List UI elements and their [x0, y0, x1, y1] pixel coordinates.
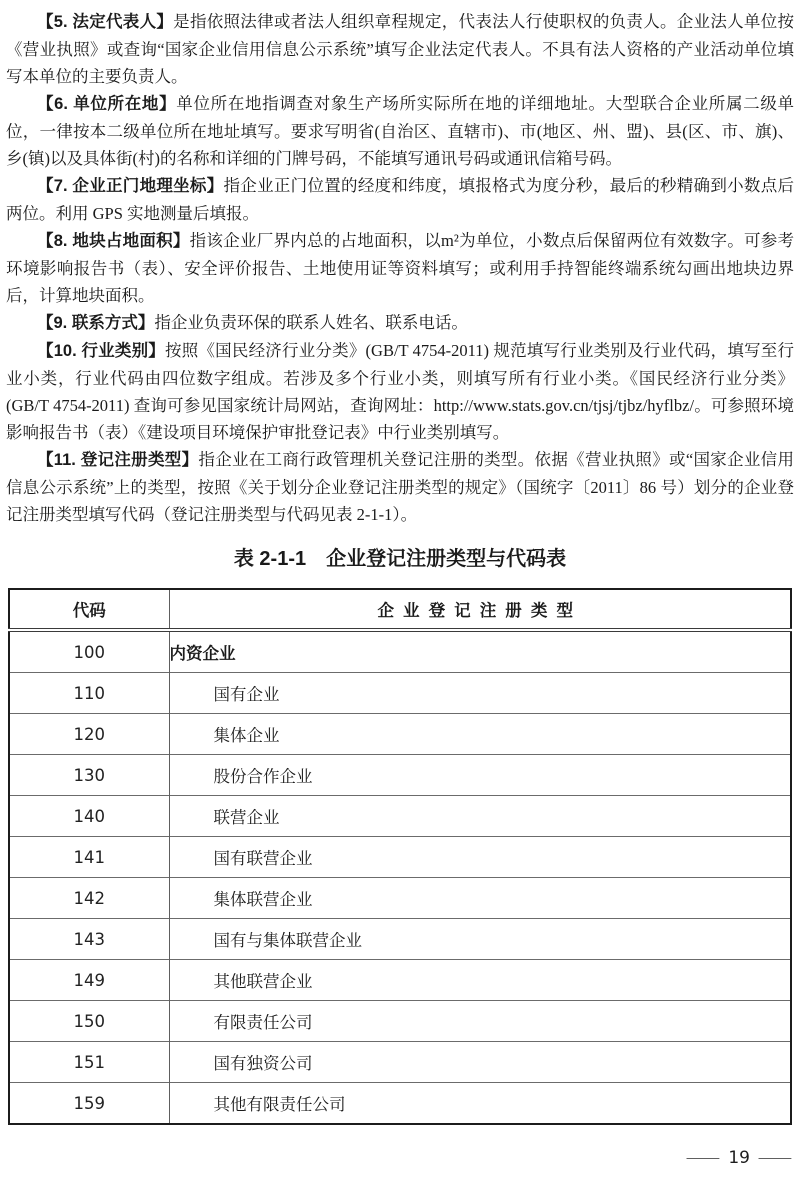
table-row-143: 143 国有与集体联营企业 — [9, 919, 791, 960]
code-cell: 149 — [9, 960, 169, 1001]
table-row-130: 130 股份合作企业 — [9, 755, 791, 796]
paragraph-10: 【10. 行业类别】按照《国民经济行业分类》(GB/T 4754-2011) 规… — [6, 337, 794, 446]
type-cell: 其他联营企业 — [169, 960, 791, 1001]
term-label-8: 【8. 地块占地面积】 — [37, 232, 190, 250]
type-cell: 集体联营企业 — [169, 878, 791, 919]
table-row-120: 120 集体企业 — [9, 714, 791, 755]
type-cell: 有限责任公司 — [169, 1001, 791, 1042]
type-cell: 集体企业 — [169, 714, 791, 755]
code-cell: 142 — [9, 878, 169, 919]
code-cell: 159 — [9, 1083, 169, 1125]
footer-dash-right: — — [759, 1147, 791, 1168]
instructions-section: 【5. 法定代表人】是指依照法律或者法人组织章程规定，代表法人行使职权的负责人。… — [6, 8, 794, 528]
code-cell: 150 — [9, 1001, 169, 1042]
table-row-100: 100 内资企业 — [9, 630, 791, 673]
type-cell: 内资企业 — [169, 630, 791, 673]
paragraph-5: 【5. 法定代表人】是指依照法律或者法人组织章程规定，代表法人行使职权的负责人。… — [6, 8, 794, 90]
paragraph-9: 【9. 联系方式】指企业负责环保的联系人姓名、联系电话。 — [6, 309, 794, 337]
table-row-140: 140 联营企业 — [9, 796, 791, 837]
registration-type-table: 代码 企业登记注册类型 100 内资企业 110 国有企业 120 集体企业 1… — [8, 588, 792, 1125]
page-footer: — 19 — — [694, 1147, 784, 1168]
col-header-type: 企业登记注册类型 — [169, 589, 791, 630]
table-row-141: 141 国有联营企业 — [9, 837, 791, 878]
code-cell: 100 — [9, 630, 169, 673]
table-row-142: 142 集体联营企业 — [9, 878, 791, 919]
table-row-159: 159 其他有限责任公司 — [9, 1083, 791, 1125]
table-row-150: 150 有限责任公司 — [9, 1001, 791, 1042]
term-label-10: 【10. 行业类别】 — [37, 342, 165, 360]
type-cell: 国有联营企业 — [169, 837, 791, 878]
table-row-151: 151 国有独资公司 — [9, 1042, 791, 1083]
page-number: 19 — [728, 1148, 750, 1168]
code-cell: 120 — [9, 714, 169, 755]
code-cell: 110 — [9, 673, 169, 714]
footer-dash-left: — — [687, 1147, 719, 1168]
term-label-5: 【5. 法定代表人】 — [37, 13, 173, 31]
code-cell: 143 — [9, 919, 169, 960]
paragraph-11: 【11. 登记注册类型】指企业在工商行政管理机关登记注册的类型。依据《营业执照》… — [6, 446, 794, 528]
table-row-149: 149 其他联营企业 — [9, 960, 791, 1001]
document-page: 【5. 法定代表人】是指依照法律或者法人组织章程规定，代表法人行使职权的负责人。… — [0, 0, 800, 1180]
code-cell: 151 — [9, 1042, 169, 1083]
type-cell: 国有与集体联营企业 — [169, 919, 791, 960]
table-row-110: 110 国有企业 — [9, 673, 791, 714]
paragraph-text-9: 指企业负责环保的联系人姓名、联系电话。 — [154, 313, 468, 332]
paragraph-6: 【6. 单位所在地】单位所在地指调查对象生产场所实际所在地的详细地址。大型联合企… — [6, 90, 794, 172]
code-cell: 130 — [9, 755, 169, 796]
type-cell: 股份合作企业 — [169, 755, 791, 796]
term-label-6: 【6. 单位所在地】 — [37, 95, 176, 113]
code-cell: 141 — [9, 837, 169, 878]
term-label-7: 【7. 企业正门地理坐标】 — [37, 177, 224, 195]
table-header-row: 代码 企业登记注册类型 — [9, 589, 791, 630]
term-label-9: 【9. 联系方式】 — [37, 314, 154, 332]
col-header-code: 代码 — [9, 589, 169, 630]
type-cell: 其他有限责任公司 — [169, 1083, 791, 1125]
term-label-11: 【11. 登记注册类型】 — [37, 451, 198, 469]
code-cell: 140 — [9, 796, 169, 837]
paragraph-8: 【8. 地块占地面积】指该企业厂界内总的占地面积，以m²为单位，小数点后保留两位… — [6, 227, 794, 309]
table-title: 表 2-1-1 企业登记注册类型与代码表 — [6, 546, 794, 572]
paragraph-7: 【7. 企业正门地理坐标】指企业正门位置的经度和纬度，填报格式为度分秒，最后的秒… — [6, 172, 794, 227]
type-cell: 联营企业 — [169, 796, 791, 837]
type-cell: 国有独资公司 — [169, 1042, 791, 1083]
type-cell: 国有企业 — [169, 673, 791, 714]
